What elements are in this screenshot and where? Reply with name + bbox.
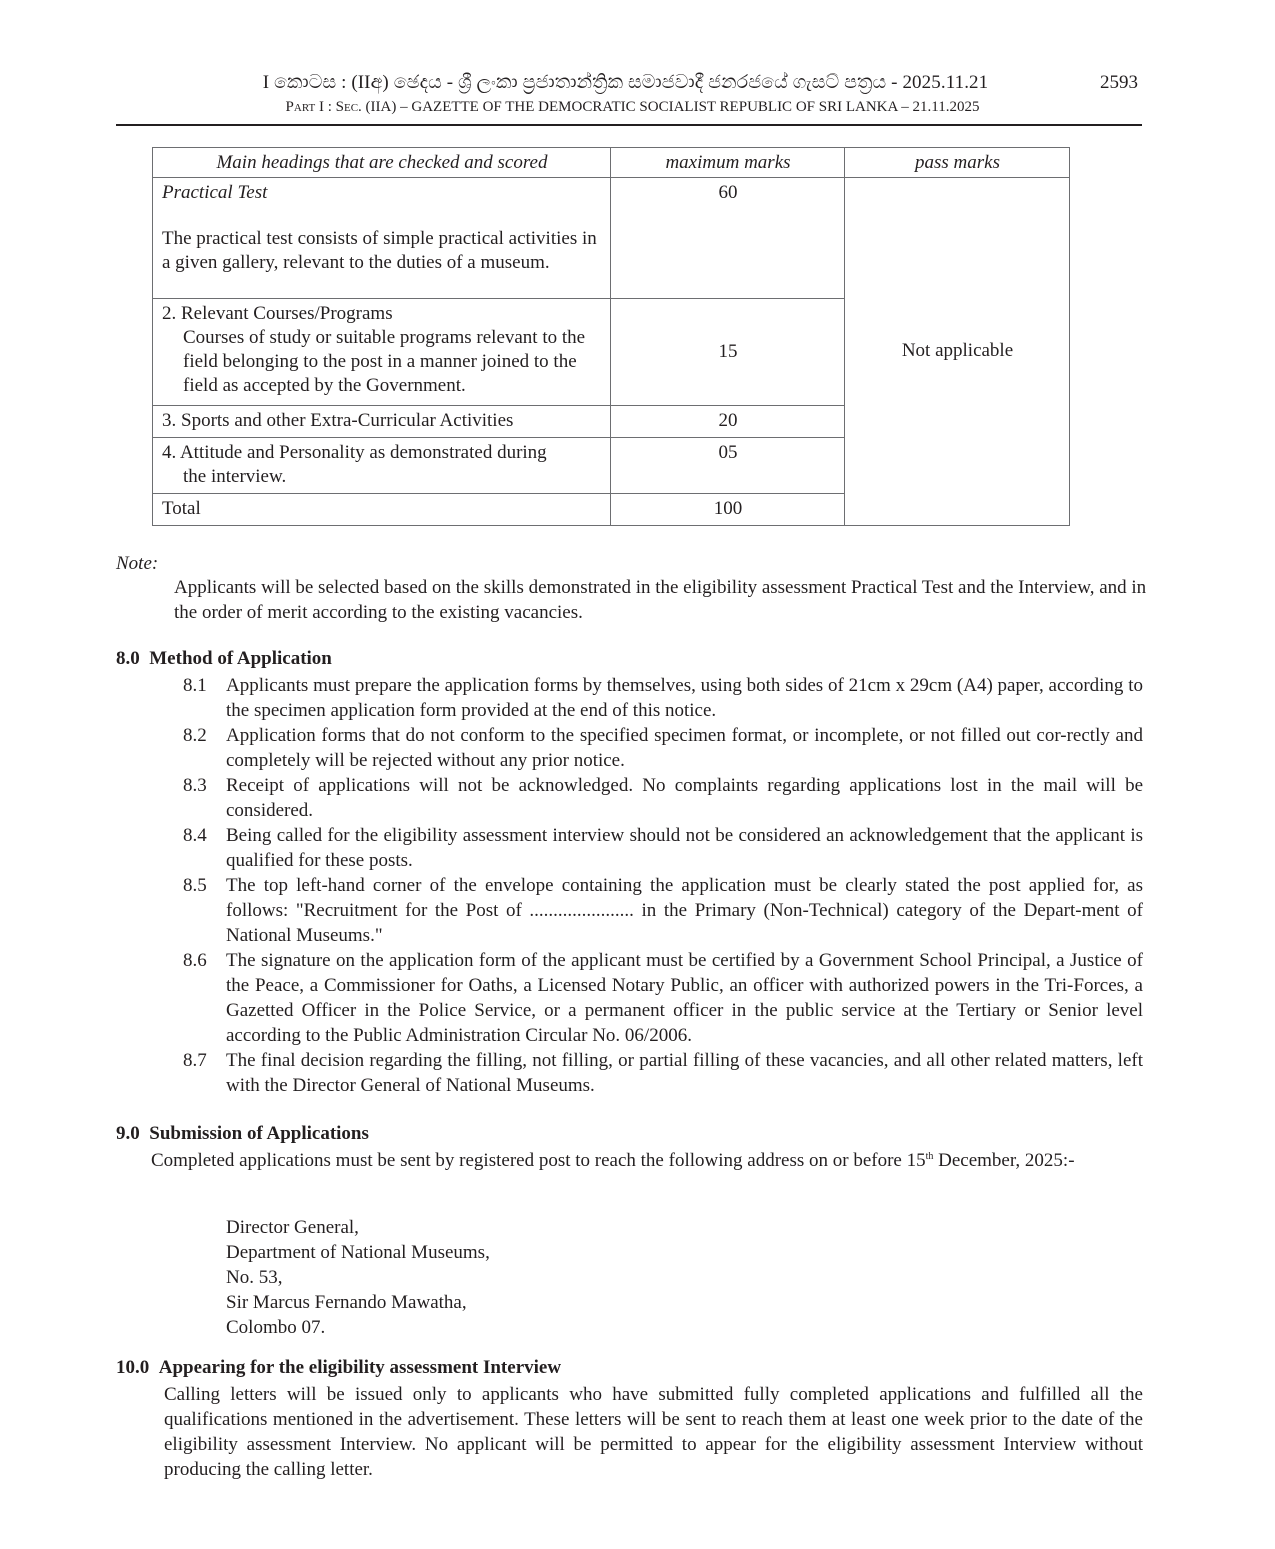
address-line: Department of National Museums,	[226, 1240, 490, 1265]
page-number: 2593	[1100, 72, 1138, 94]
item-number: 8.6	[183, 948, 226, 1048]
heading-cell: 3. Sports and other Extra-Curricular Act…	[153, 406, 611, 438]
item-number: 8.2	[183, 723, 226, 773]
row-description: Courses of study or suitable programs re…	[162, 326, 602, 398]
section-9-text: Completed applications must be sent by r…	[151, 1148, 1143, 1173]
item-text: The top left-hand corner of the envelope…	[226, 873, 1143, 948]
heading-cell: 2. Relevant Courses/Programs Courses of …	[153, 299, 611, 406]
column-header-headings: Main headings that are checked and score…	[153, 148, 611, 178]
header-divider	[116, 124, 1142, 126]
submission-text-end: December, 2025:-	[933, 1150, 1074, 1171]
item-text: The final decision regarding the filling…	[226, 1048, 1143, 1098]
section-10-text: Calling letters will be issued only to a…	[164, 1382, 1143, 1482]
address-line: Colombo 07.	[226, 1315, 490, 1340]
item-text: The signature on the application form of…	[226, 948, 1143, 1048]
max-marks-cell: 05	[611, 438, 845, 494]
item-number: 8.3	[183, 773, 226, 823]
row-title: 2. Relevant Courses/Programs	[162, 302, 602, 326]
row-description: The practical test consists of simple pr…	[162, 227, 602, 275]
list-item: 8.1Applicants must prepare the applicati…	[183, 673, 1143, 723]
sinhala-title: I කොටස : (IIඅ) ඡෙදය - ශ්‍රී ලංකා ප්‍රජාත…	[263, 72, 989, 93]
section-number: 9.0	[116, 1123, 140, 1144]
section-8-heading: 8.0 Method of Application	[116, 648, 332, 670]
section-8-items: 8.1Applicants must prepare the applicati…	[183, 673, 1143, 1098]
section-title: Submission of Applications	[149, 1123, 369, 1144]
heading-cell: Practical Test The practical test consis…	[153, 178, 611, 299]
item-text: Being called for the eligibility assessm…	[226, 823, 1143, 873]
column-header-pass-marks: pass marks	[845, 148, 1070, 178]
item-number: 8.1	[183, 673, 226, 723]
list-item: 8.2Application forms that do not conform…	[183, 723, 1143, 773]
row-title: 4. Attitude and Personality as demonstra…	[162, 441, 602, 465]
table-header-row: Main headings that are checked and score…	[153, 148, 1070, 178]
section-10-heading: 10.0 Appearing for the eligibility asses…	[116, 1357, 561, 1379]
column-header-max-marks: maximum marks	[611, 148, 845, 178]
list-item: 8.6The signature on the application form…	[183, 948, 1143, 1048]
part-section-label: Part I : Sec.	[286, 99, 362, 115]
section-number: 10.0	[116, 1357, 149, 1378]
list-item: 8.4Being called for the eligibility asse…	[183, 823, 1143, 873]
gazette-header-english: Part I : Sec. (IIA) – GAZETTE OF THE DEM…	[0, 99, 1275, 116]
heading-cell: 4. Attitude and Personality as demonstra…	[153, 438, 611, 494]
english-title: (IIA) – GAZETTE OF THE DEMOCRATIC SOCIAL…	[362, 99, 980, 115]
marks-table: Main headings that are checked and score…	[152, 147, 1070, 526]
row-description: the interview.	[162, 465, 602, 489]
address-line: No. 53,	[226, 1265, 490, 1290]
address-line: Director General,	[226, 1215, 490, 1240]
item-text: Receipt of applications will not be ackn…	[226, 773, 1143, 823]
item-text: Application forms that do not conform to…	[226, 723, 1143, 773]
pass-marks-cell: Not applicable	[845, 178, 1070, 526]
list-item: 8.5The top left-hand corner of the envel…	[183, 873, 1143, 948]
row-title: Total	[162, 497, 602, 521]
row-title: Practical Test	[162, 181, 602, 205]
postal-address: Director General, Department of National…	[226, 1215, 490, 1340]
max-marks-cell: 100	[611, 494, 845, 526]
gazette-header-sinhala: I කොටස : (IIඅ) ඡෙදය - ශ්‍රී ලංකා ප්‍රජාත…	[0, 72, 1275, 94]
item-number: 8.4	[183, 823, 226, 873]
submission-text: Completed applications must be sent by r…	[151, 1150, 926, 1171]
row-title: 3. Sports and other Extra-Curricular Act…	[162, 409, 602, 433]
section-9-heading: 9.0 Submission of Applications	[116, 1123, 369, 1145]
item-number: 8.7	[183, 1048, 226, 1098]
item-number: 8.5	[183, 873, 226, 948]
note-label: Note:	[116, 551, 158, 576]
max-marks-cell: 20	[611, 406, 845, 438]
heading-cell: Total	[153, 494, 611, 526]
max-marks-cell: 15	[611, 299, 845, 406]
item-text: Applicants must prepare the application …	[226, 673, 1143, 723]
section-title: Method of Application	[149, 648, 332, 669]
list-item: 8.7The final decision regarding the fill…	[183, 1048, 1143, 1098]
max-marks-cell: 60	[611, 178, 845, 299]
section-number: 8.0	[116, 648, 140, 669]
list-item: 8.3Receipt of applications will not be a…	[183, 773, 1143, 823]
section-title: Appearing for the eligibility assessment…	[159, 1357, 561, 1378]
table-row: Practical Test The practical test consis…	[153, 178, 1070, 299]
note-text: Applicants will be selected based on the…	[174, 575, 1149, 625]
address-line: Sir Marcus Fernando Mawatha,	[226, 1290, 490, 1315]
